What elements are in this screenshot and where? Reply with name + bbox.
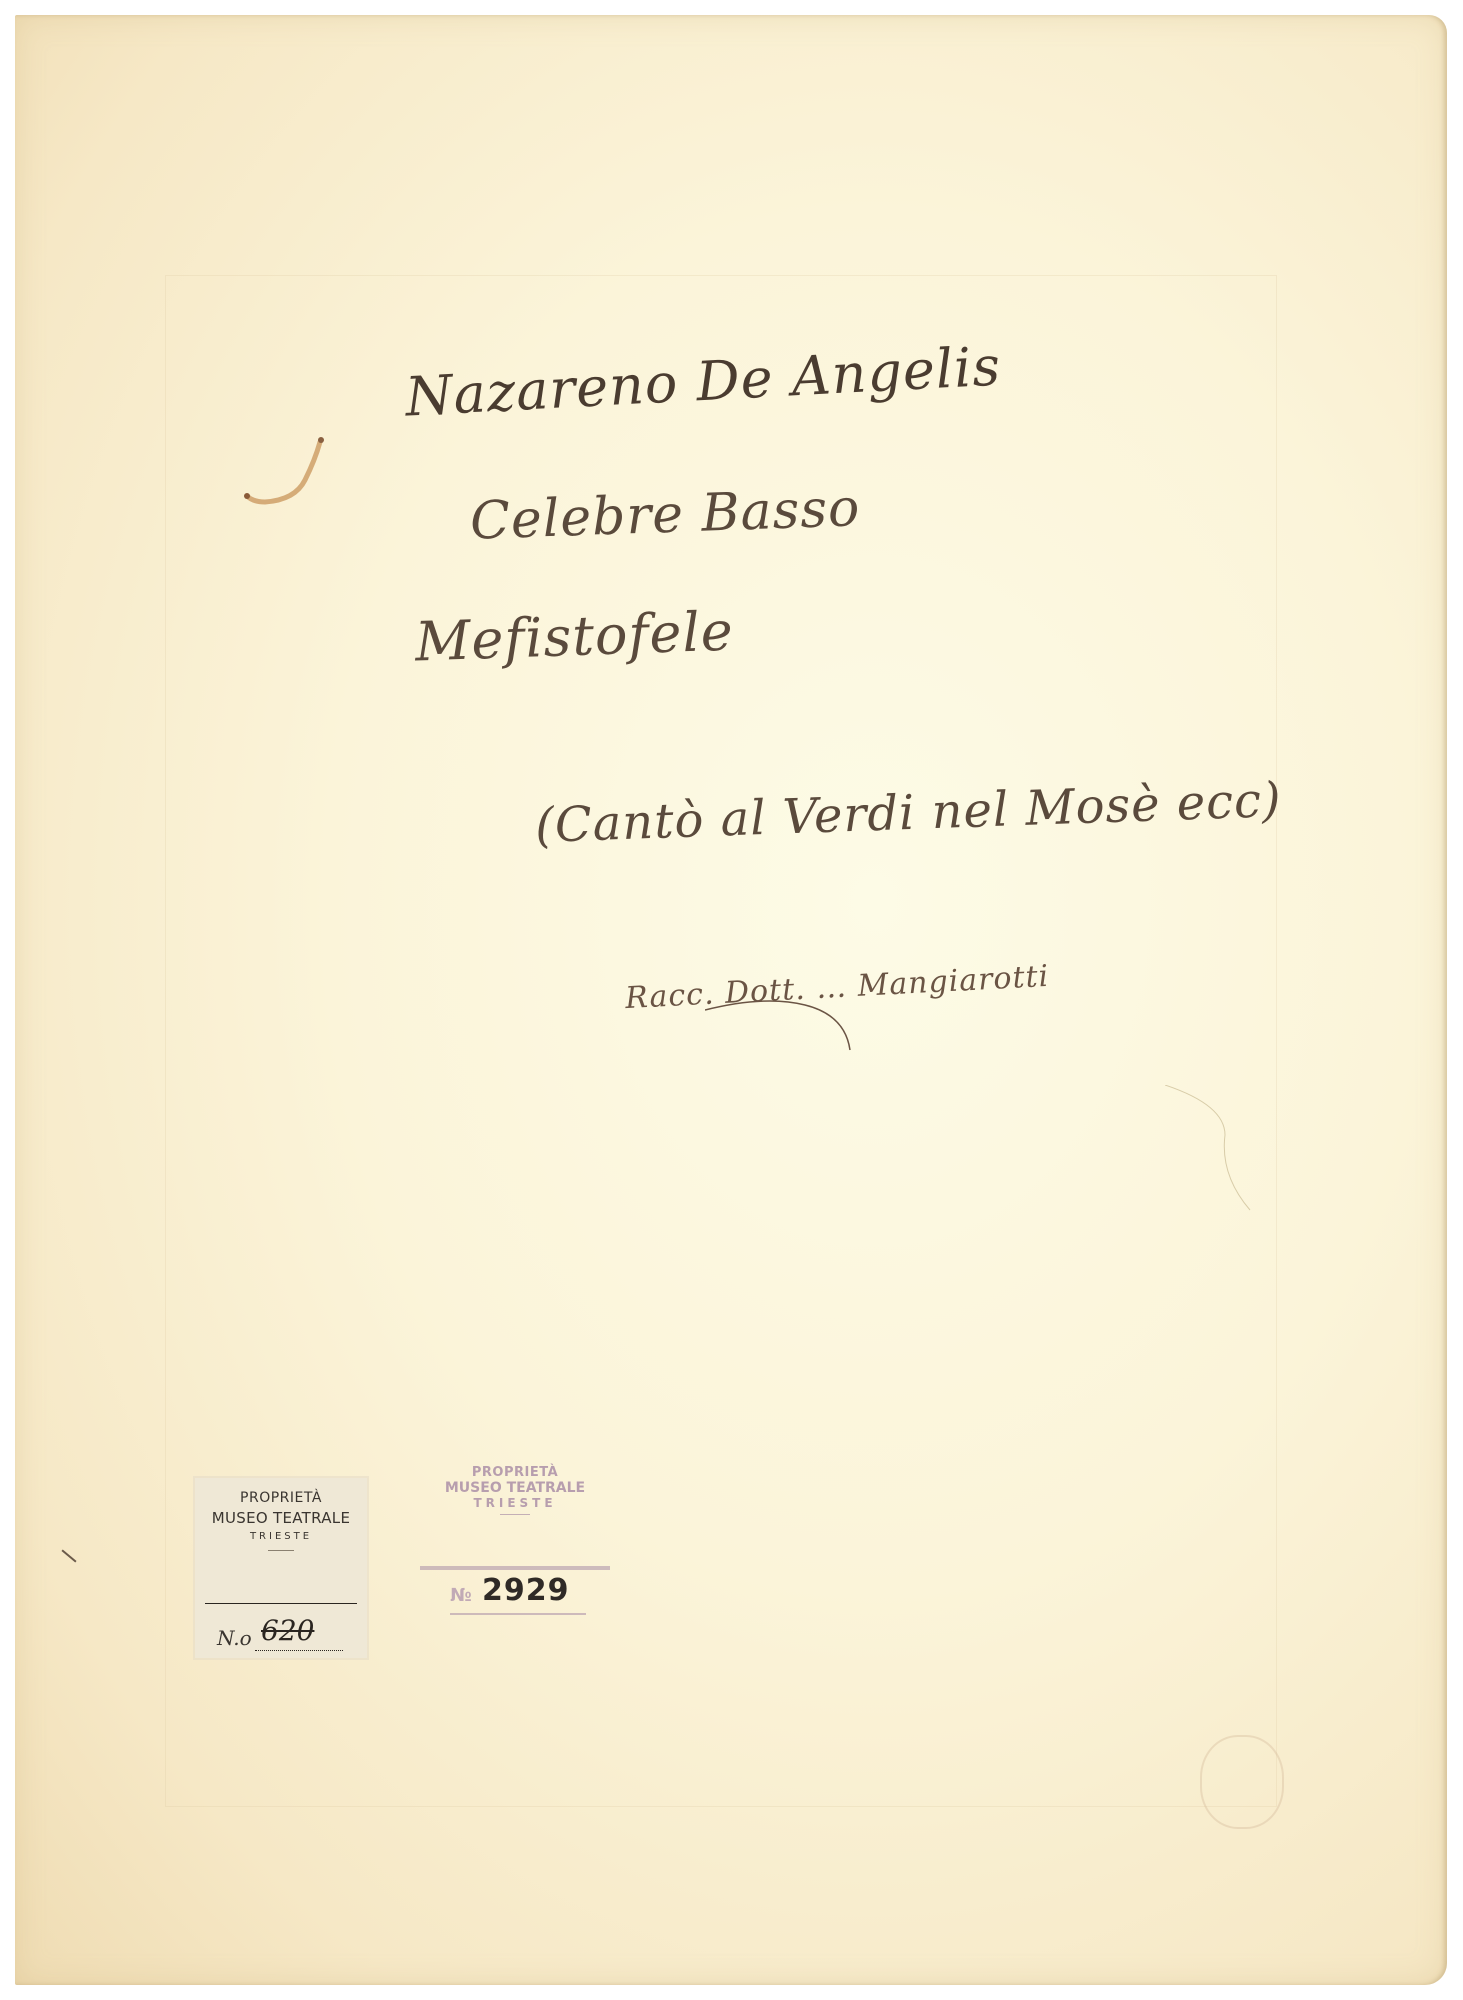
stamp-number-prefix: № — [450, 1585, 472, 1606]
paper-sheet: Nazareno De Angelis Celebre Basso Mefist… — [15, 15, 1447, 1985]
label-number-handwritten: 620 — [261, 1614, 314, 1647]
label-title: PROPRIETÀ — [195, 1490, 367, 1506]
stamp-rule — [420, 1566, 610, 1570]
museum-ink-stamp: PROPRIETÀ MUSEO TEATRALE TRIESTE № 2929 — [420, 1465, 610, 1515]
rust-stain-mark — [235, 430, 335, 520]
scratch-mark — [61, 1549, 76, 1562]
scanned-document: Nazareno De Angelis Celebre Basso Mefist… — [0, 0, 1463, 2000]
label-museum: MUSEO TEATRALE — [195, 1509, 367, 1527]
inscription-character: Mefistofele — [414, 599, 735, 673]
stamp-divider — [500, 1514, 530, 1515]
label-number-prefix: N.o — [217, 1626, 252, 1650]
label-number-line — [255, 1650, 343, 1651]
signature-flourish — [705, 995, 865, 1055]
stamp-museum: MUSEO TEATRALE — [420, 1480, 610, 1496]
label-city: TRIESTE — [195, 1531, 367, 1542]
label-divider — [268, 1550, 294, 1551]
stamp-underline — [450, 1613, 586, 1615]
embossed-seal — [1200, 1735, 1284, 1829]
stamp-title: PROPRIETÀ — [420, 1465, 610, 1480]
museum-property-label: PROPRIETÀ MUSEO TEATRALE TRIESTE N.o 620 — [195, 1478, 367, 1658]
stamp-city: TRIESTE — [420, 1496, 610, 1510]
label-rule — [205, 1603, 357, 1604]
inventory-number: 2929 — [482, 1573, 570, 1608]
paper-crease — [1165, 1085, 1265, 1215]
